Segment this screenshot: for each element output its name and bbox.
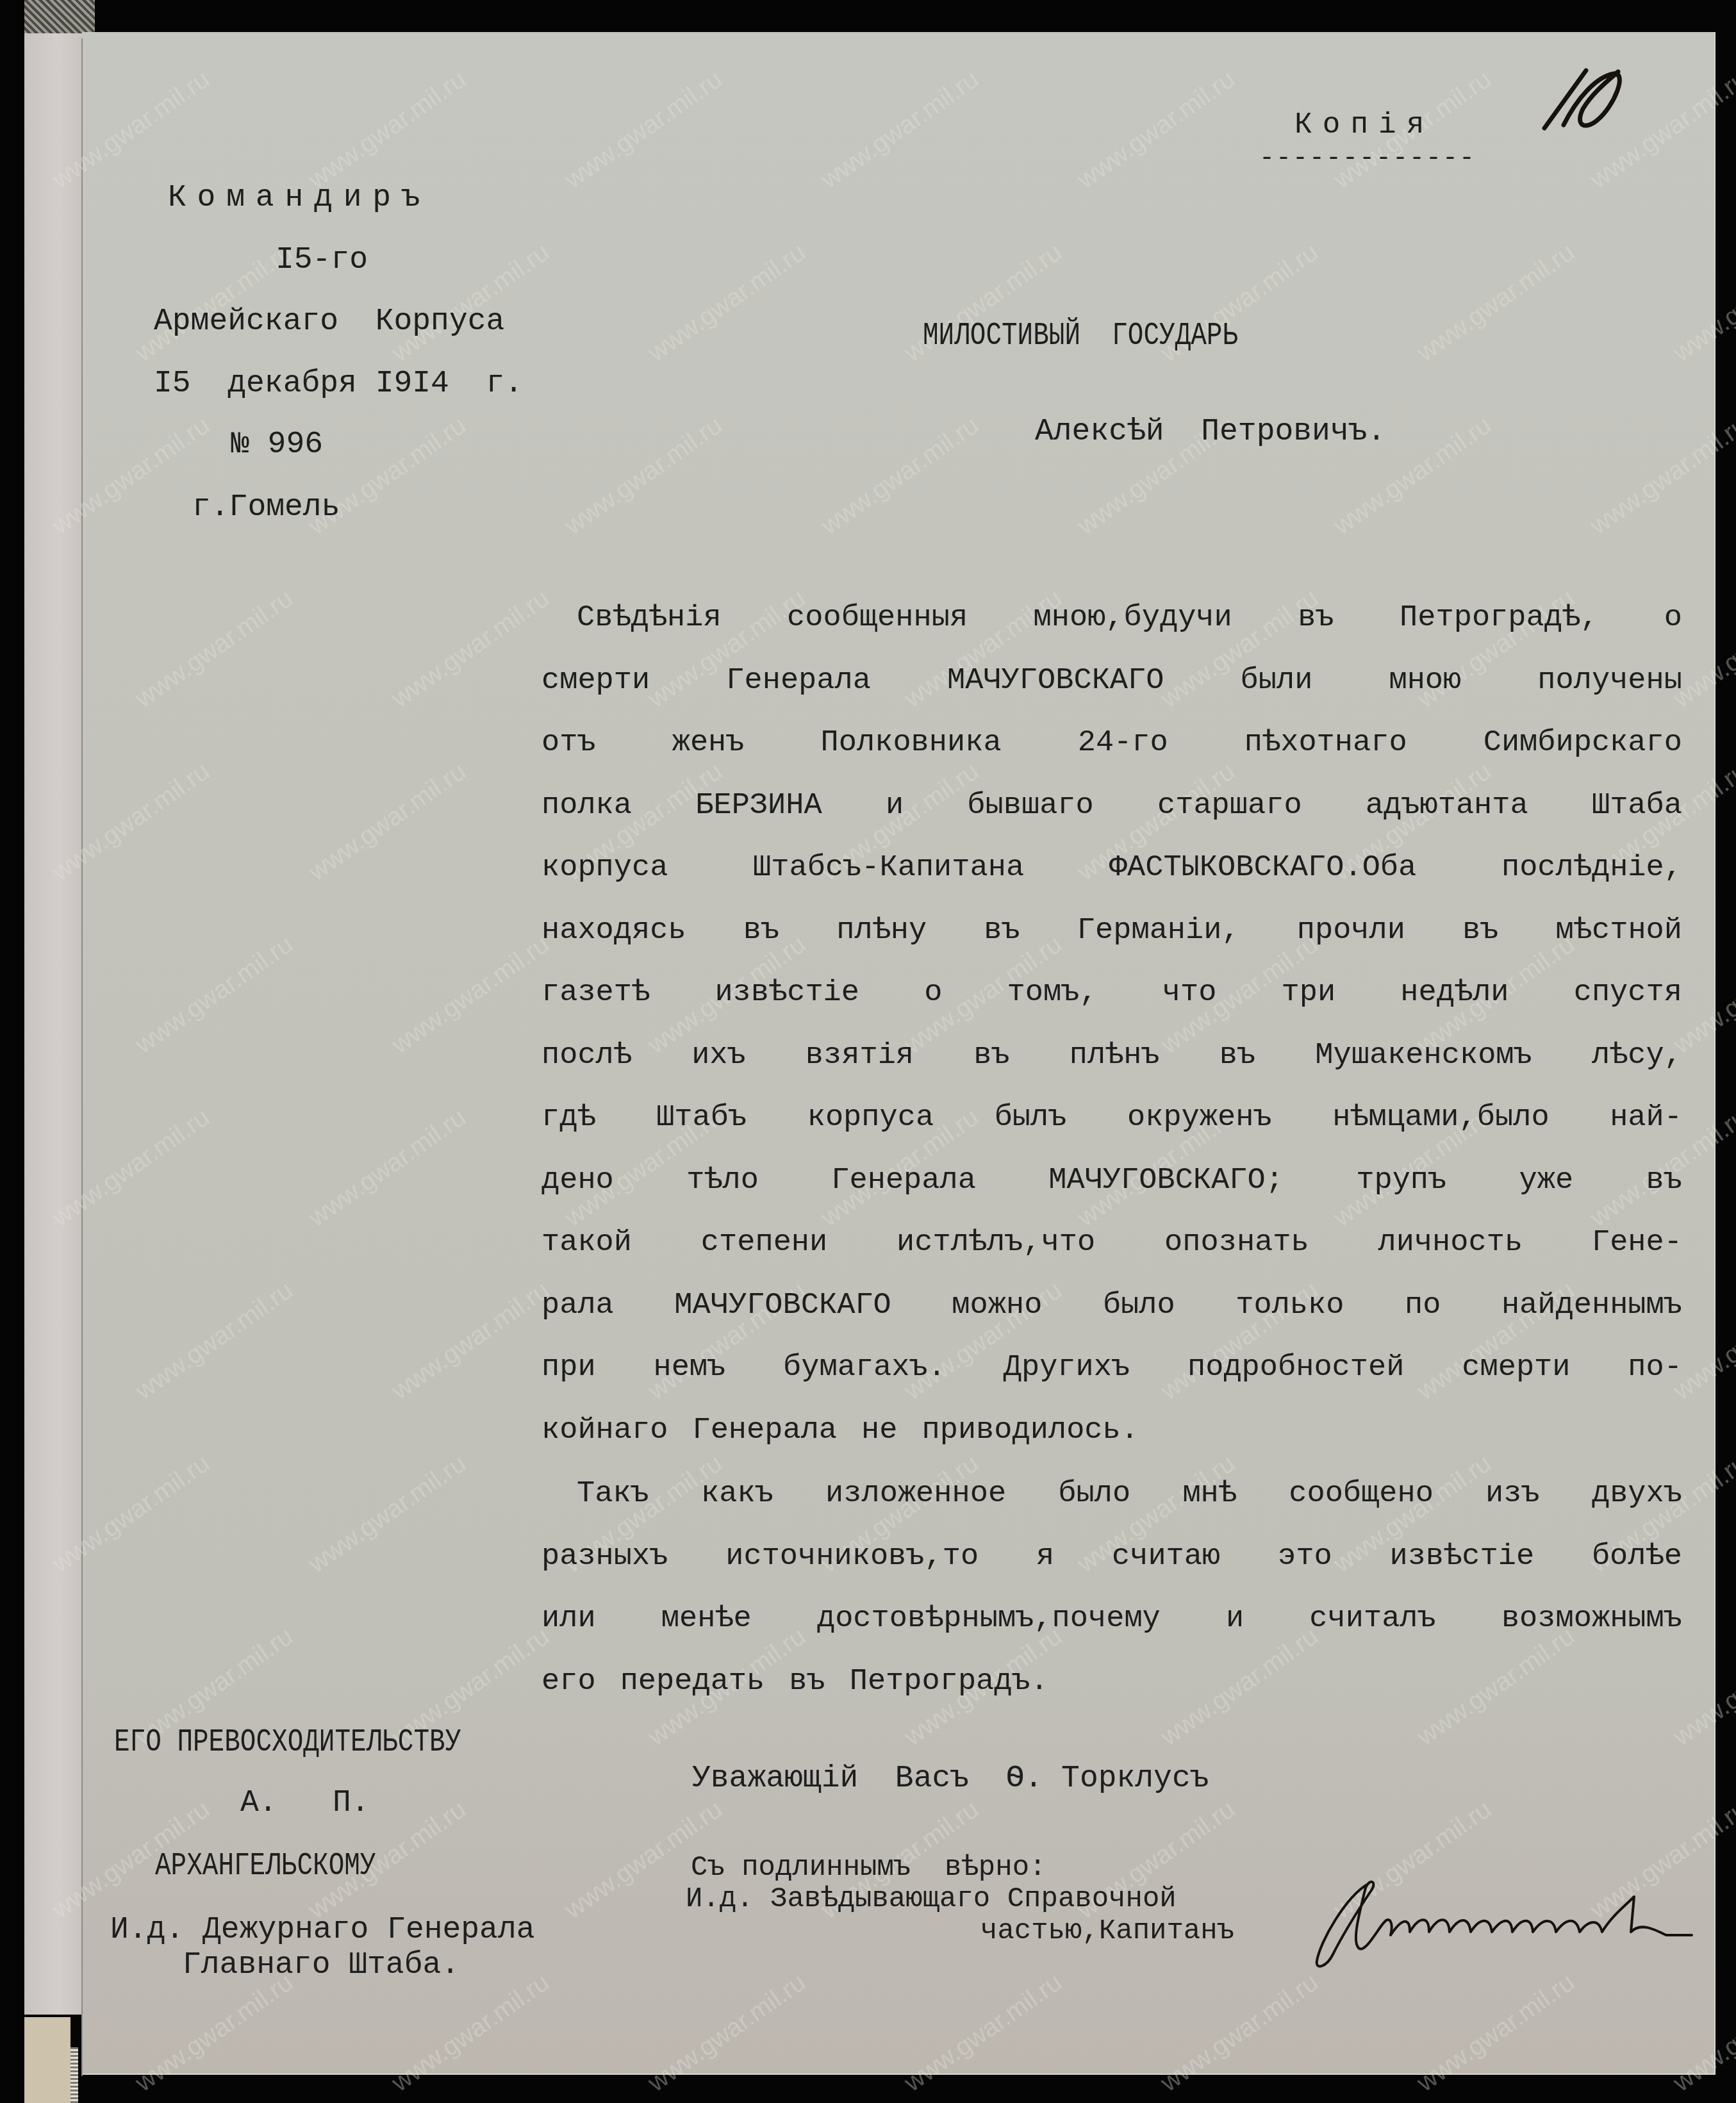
word: мнѣ [1182,1477,1237,1511]
word: источниковъ,то [725,1540,979,1574]
word: было [1058,1477,1130,1511]
word: Штабъ [656,1101,747,1135]
body-line: разныхъисточниковъ,тоясчитаюэтоизвѣстіеб… [541,1540,1682,1574]
word: извѣстіе [1389,1540,1534,1574]
word: гдѣ [541,1101,596,1135]
word: плѣнъ [1070,1039,1160,1073]
word: уже [1519,1164,1574,1198]
word: адъютанта [1366,789,1528,823]
word: най- [1610,1101,1682,1135]
word: Симбирскаго [1484,726,1682,760]
word: только [1236,1289,1344,1323]
word: трупъ [1356,1164,1446,1198]
word: Генерала [831,1164,976,1198]
body-line: илименѣедостовѣрнымъ,почемуисчиталъвозмо… [541,1602,1682,1636]
word: бывшаго [967,789,1093,823]
word: Штаба [1592,789,1682,823]
body-line: полкаБЕРЗИНАибывшагостаршагоадъютантаШта… [541,789,1682,823]
body-line: послѣихъвзятіявъплѣнъвъМушакенскомълѣсу, [541,1039,1682,1073]
word: послѣдніе, [1501,851,1682,885]
word: отъ [541,726,596,760]
body-line: ралаМАЧУГОВСКАГОможнобылотолькопонайденн… [541,1289,1682,1323]
word: менѣе [661,1602,752,1636]
header-city: г.Гомель [192,492,340,523]
word: личность [1378,1226,1523,1260]
word: прочли [1297,914,1405,948]
word: смерти [1462,1351,1570,1385]
word: дено [541,1164,614,1198]
word: возможнымъ [1501,1602,1682,1636]
word: что [1162,976,1217,1010]
word: 24-го [1078,726,1168,760]
word: Свѣдѣнія [577,601,722,635]
body-line: принемъбумагахъ.Другихъподробностейсмерт… [541,1351,1682,1385]
word: спустя [1574,976,1682,1010]
word: послѣ [541,1039,632,1073]
addressee-title: ЕГО ПРЕВОСХОДИТЕЛЬСТВУ [114,1727,461,1759]
word: газетѣ [541,976,650,1010]
body-line: Такъкакъизложенноебыломнѣсообщеноизъдвух… [577,1477,1682,1511]
header-corps-name: Армейскаго Корпуса [154,306,504,337]
binding-strip [24,33,82,2015]
word: немъ [653,1351,725,1385]
word: о [924,976,942,1010]
word: опознать [1164,1226,1309,1260]
word: взятія [806,1039,914,1073]
word: сообщенныя [787,601,968,635]
body-line: отъженъПолковника24-гопѣхотнагоСимбирска… [541,726,1682,760]
word: получены [1537,664,1682,698]
word: извѣстіе [715,976,859,1010]
word: двухъ [1592,1477,1682,1511]
body-line: гдѣШтабъкорпусабылъокруженънѣмцами,былон… [541,1101,1682,1135]
body-line: смертиГенералаМАЧУГОВСКАГОбылимноюполуче… [541,664,1682,698]
word: не [861,1414,897,1447]
word: ихъ [691,1039,746,1073]
word: въ [1462,914,1498,948]
body-line: корпусаШтабсъ-КапитанаФАСТЫКОВСКАГО.Обап… [541,851,1682,885]
word: или [541,1602,596,1636]
word: мною [1389,664,1461,698]
binding-mesh [24,0,95,33]
word: Штабсъ-Капитана [753,851,1024,885]
closing-signature-line: Уважающій Васъ Ѳ. Торклусъ [692,1763,1209,1794]
word: смерти [541,664,650,698]
word: МАЧУГОВСКАГО [947,664,1164,698]
salutation-title: МИЛОСТИВЫЙ ГОСУДАРЬ [923,320,1238,352]
word: найденнымъ [1501,1289,1682,1323]
header-corps-number: I5-го [276,245,368,276]
certification-true-copy: Съ подлиннымъ вѣрно: [691,1854,1046,1882]
word: Петроградъ. [850,1665,1048,1699]
header-commander: Командиръ [168,183,431,213]
word: Генерала [726,664,871,698]
word: приводилось. [922,1414,1139,1447]
word: плѣну [836,914,927,948]
page-number-handwritten-icon [1538,64,1634,135]
word: БЕРЗИНА [695,789,822,823]
header-date: I5 декабря I9I4 г. [154,368,523,399]
word: я [1036,1540,1054,1574]
word: въ [789,1665,825,1699]
word: изъ [1485,1477,1540,1511]
word: Полковника [821,726,1002,760]
word: и [886,789,904,823]
word: сообщено [1289,1477,1434,1511]
word: было [1103,1289,1175,1323]
word: передать [620,1665,765,1699]
body-line: егопередатьвъПетроградъ. [541,1665,1682,1699]
certification-rank: частью,Капитанъ [980,1917,1234,1945]
page-fold-line [81,38,83,2076]
addressee-department: Главнаго Штаба. [183,1950,459,1981]
word: о [1664,601,1682,635]
word: женъ [672,726,745,760]
word: три [1282,976,1336,1010]
word: полка [541,789,632,823]
copy-mark: Копія [1294,110,1435,140]
header-ref-number: № 996 [231,429,323,460]
word: въ [1298,601,1334,635]
word: были [1241,664,1313,698]
word: тѣло [686,1164,759,1198]
word: пѣхотнаго [1244,726,1407,760]
word: степени [701,1226,827,1260]
word: въ [984,914,1020,948]
word: разныхъ [541,1540,668,1574]
word: подробностей [1187,1351,1404,1385]
body-line: денотѣлоГенералаМАЧУГОВСКАГО;трупъужевъ [541,1164,1682,1198]
copy-underline: ------------- [1259,146,1476,172]
word: недѣли [1400,976,1509,1010]
word: это [1278,1540,1332,1574]
word: лѣсу, [1592,1039,1682,1073]
addressee-position: И.д. Дежурнаго Генерала [110,1915,535,1945]
word: Мушакенскомъ [1315,1039,1532,1073]
word: бумагахъ. [783,1351,946,1385]
word: достовѣрнымъ,почему [817,1602,1161,1636]
binding-tab [24,2017,70,2103]
word: какъ [701,1477,773,1511]
body-line: Свѣдѣніясообщенныямною,будучивъПетроград… [577,601,1682,635]
salutation-name: Алексѣй Петровичъ. [1035,416,1385,447]
addressee-surname: АРХАНГЕЛЬСКОМУ [155,1851,376,1883]
word: его [541,1665,596,1699]
word: истлѣлъ,что [897,1226,1095,1260]
word: находясь [541,914,686,948]
word: рала [541,1289,614,1323]
certification-position: И.д. Завѣдывающаго Справочной [686,1885,1177,1913]
word: считалъ [1309,1602,1435,1636]
word: по [1405,1289,1441,1323]
word: при [541,1351,596,1385]
word: томъ, [1007,976,1098,1010]
word: Германіи, [1077,914,1240,948]
word: и [1226,1602,1244,1636]
word: корпуса [541,851,668,885]
word: мною,будучи [1034,601,1232,635]
word: МАЧУГОВСКАГО [674,1289,891,1323]
word: можно [952,1289,1042,1323]
addressee-initials: А. П. [240,1788,370,1818]
word: Генерала [692,1414,837,1447]
word: изложенное [825,1477,1006,1511]
word: Другихъ [1004,1351,1130,1385]
word: мѣстной [1556,914,1682,948]
word: нѣмцами,было [1332,1101,1549,1135]
word: старшаго [1157,789,1302,823]
word: въ [743,914,779,948]
word: считаю [1112,1540,1220,1574]
word: Гене- [1592,1226,1682,1260]
word: такой [541,1226,632,1260]
word: по- [1628,1351,1682,1385]
word: МАЧУГОВСКАГО; [1048,1164,1284,1198]
word: въ [1646,1164,1682,1198]
word: ФАСТЫКОВСКАГО.Оба [1109,851,1416,885]
body-line: такойстепениистлѣлъ,чтоопознатьличностьГ… [541,1226,1682,1260]
word: койнаго [541,1414,668,1447]
body-line: койнагоГенераланеприводилось. [541,1414,1682,1447]
word: окруженъ [1127,1101,1272,1135]
word: Петроградѣ, [1400,601,1598,635]
binding-tab-edge [70,2047,78,2103]
word: въ [1219,1039,1255,1073]
word: болѣе [1592,1540,1682,1574]
word: Такъ [577,1477,649,1511]
body-line: газетѣизвѣстіеотомъ,чтотринедѣлиспустя [541,976,1682,1010]
signature-icon [1307,1871,1705,1974]
body-line: находясьвъплѣнувъГерманіи,прочливъмѣстно… [541,914,1682,948]
word: былъ [995,1101,1067,1135]
word: въ [973,1039,1009,1073]
word: корпуса [807,1101,934,1135]
